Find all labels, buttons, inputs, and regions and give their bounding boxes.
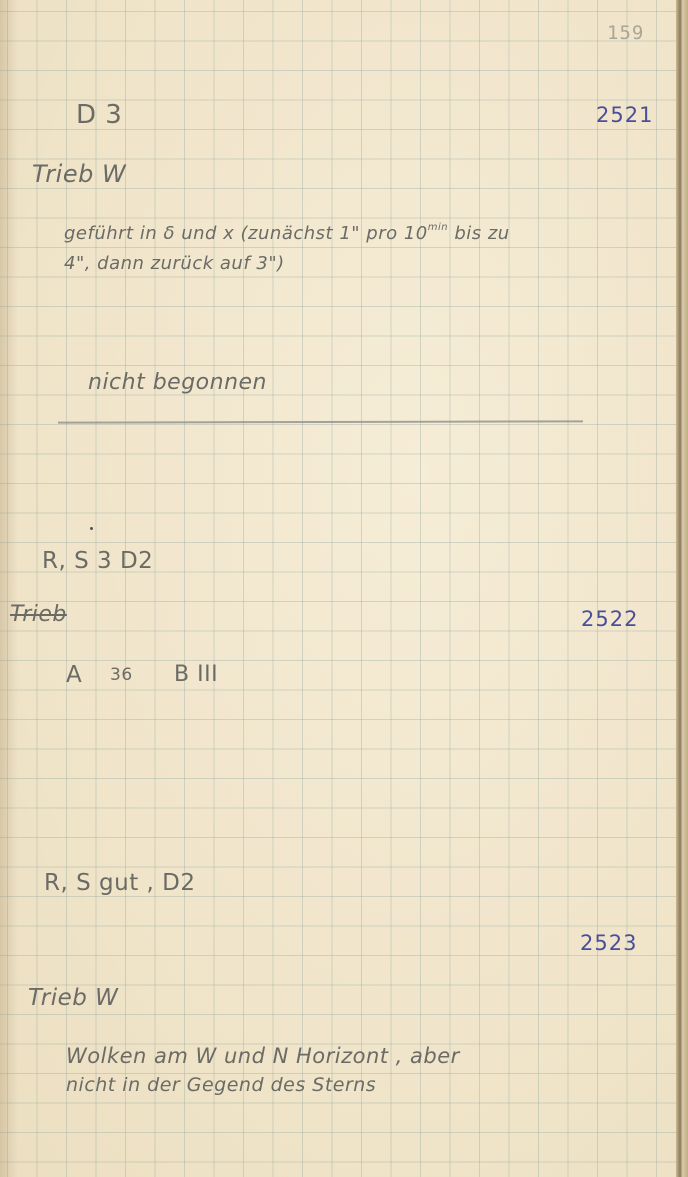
entry-detail-b: B III xyxy=(174,662,218,687)
entry-note-line: Wolken am W und N Horizont , aber xyxy=(66,1044,460,1068)
entry-header: D 3 xyxy=(76,100,122,130)
entry-number: 2522 xyxy=(581,607,638,631)
entry-label: Trieb W xyxy=(32,160,126,188)
entry-number: 2521 xyxy=(596,103,653,127)
page-gutter-shadow xyxy=(0,0,18,1177)
entry-note-line: geführt in δ und x (zunächst 1" pro 10mi… xyxy=(64,222,510,244)
entry-note-line: 4", dann zurück auf 3") xyxy=(64,253,285,274)
entry-detail-number: 36 xyxy=(110,665,133,685)
entry-number: 2523 xyxy=(580,931,637,955)
divider-line xyxy=(58,420,583,423)
entry-header: R, S gut , D2 xyxy=(44,870,196,896)
note-superscript: min xyxy=(428,222,448,233)
page-edge xyxy=(676,0,688,1177)
pencil-dot xyxy=(90,527,93,530)
note-text: bis zu xyxy=(448,223,510,244)
entry-status: nicht begonnen xyxy=(88,370,267,395)
entry-header: R, S 3 D2 xyxy=(42,548,153,574)
entry-label: Trieb W xyxy=(28,985,118,1011)
note-text: geführt in δ und x (zunächst 1" pro 10 xyxy=(64,223,428,244)
notebook-page: 159 D 3 2521 Trieb W geführt in δ und x … xyxy=(0,0,688,1177)
entry-note-line: nicht in der Gegend des Sterns xyxy=(66,1074,376,1096)
entry-label-struck: Trieb xyxy=(10,602,67,627)
page-number-stamp: 159 xyxy=(607,22,644,44)
entry-detail-a: A xyxy=(66,662,82,688)
